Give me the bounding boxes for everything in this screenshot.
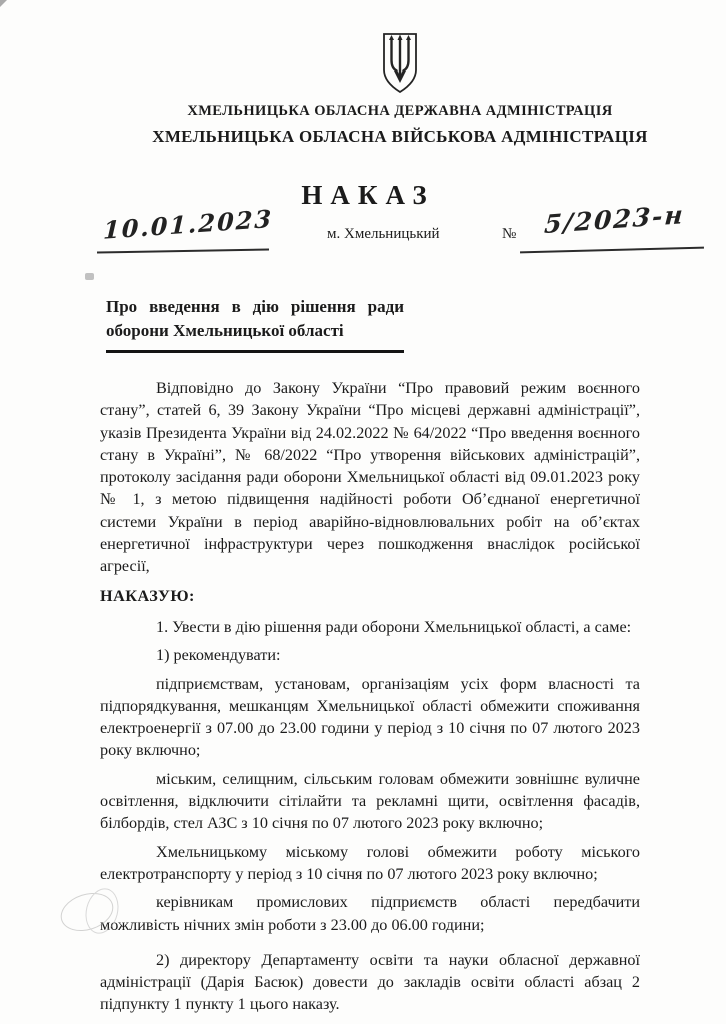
- ukraine-trident-shield-icon: [380, 32, 420, 94]
- preamble-paragraph: Відповідно до Закону України “Про правов…: [100, 377, 640, 578]
- order-item: 1. Увести в дію рішення ради оборони Хме…: [100, 616, 640, 638]
- org-name-state-administration: ХМЕЛЬНИЦЬКА ОБЛАСНА ДЕРЖАВНА АДМІНІСТРАЦ…: [74, 103, 726, 120]
- place-label: м. Хмельницький: [327, 226, 440, 243]
- scanned-order-document: ХМЕЛЬНИЦЬКА ОБЛАСНА ДЕРЖАВНА АДМІНІСТРАЦ…: [0, 0, 726, 1024]
- organization-header: ХМЕЛЬНИЦЬКА ОБЛАСНА ДЕРЖАВНА АДМІНІСТРАЦ…: [74, 103, 726, 147]
- order-item: підприємствам, установам, організаціям у…: [100, 673, 640, 762]
- order-word: НАКАЗУЮ:: [100, 585, 640, 607]
- order-item: 1) рекомендувати:: [100, 644, 640, 666]
- number-sign-label: №: [502, 226, 516, 243]
- order-item: Хмельницькому міському голові обмежити р…: [100, 841, 640, 886]
- org-name-military-administration: ХМЕЛЬНИЦЬКА ОБЛАСНА ВІЙСЬКОВА АДМІНІСТРА…: [74, 127, 726, 147]
- number-underline: [520, 247, 704, 254]
- order-item: 2) директору Департаменту освіти та наук…: [100, 949, 640, 1016]
- scan-speck-artifact: [85, 273, 94, 280]
- order-subject: Про введення в дію рішення ради оборони …: [106, 295, 404, 353]
- date-underline: [97, 248, 269, 253]
- scan-corner-artifact: [0, 0, 7, 7]
- order-item: міським, селищним, сільським головам обм…: [100, 768, 640, 835]
- scan-smudge-artifact: [56, 886, 138, 942]
- order-item: керівникам промислових підприємств облас…: [100, 891, 640, 936]
- order-body: Відповідно до Закону України “Про правов…: [100, 377, 640, 1016]
